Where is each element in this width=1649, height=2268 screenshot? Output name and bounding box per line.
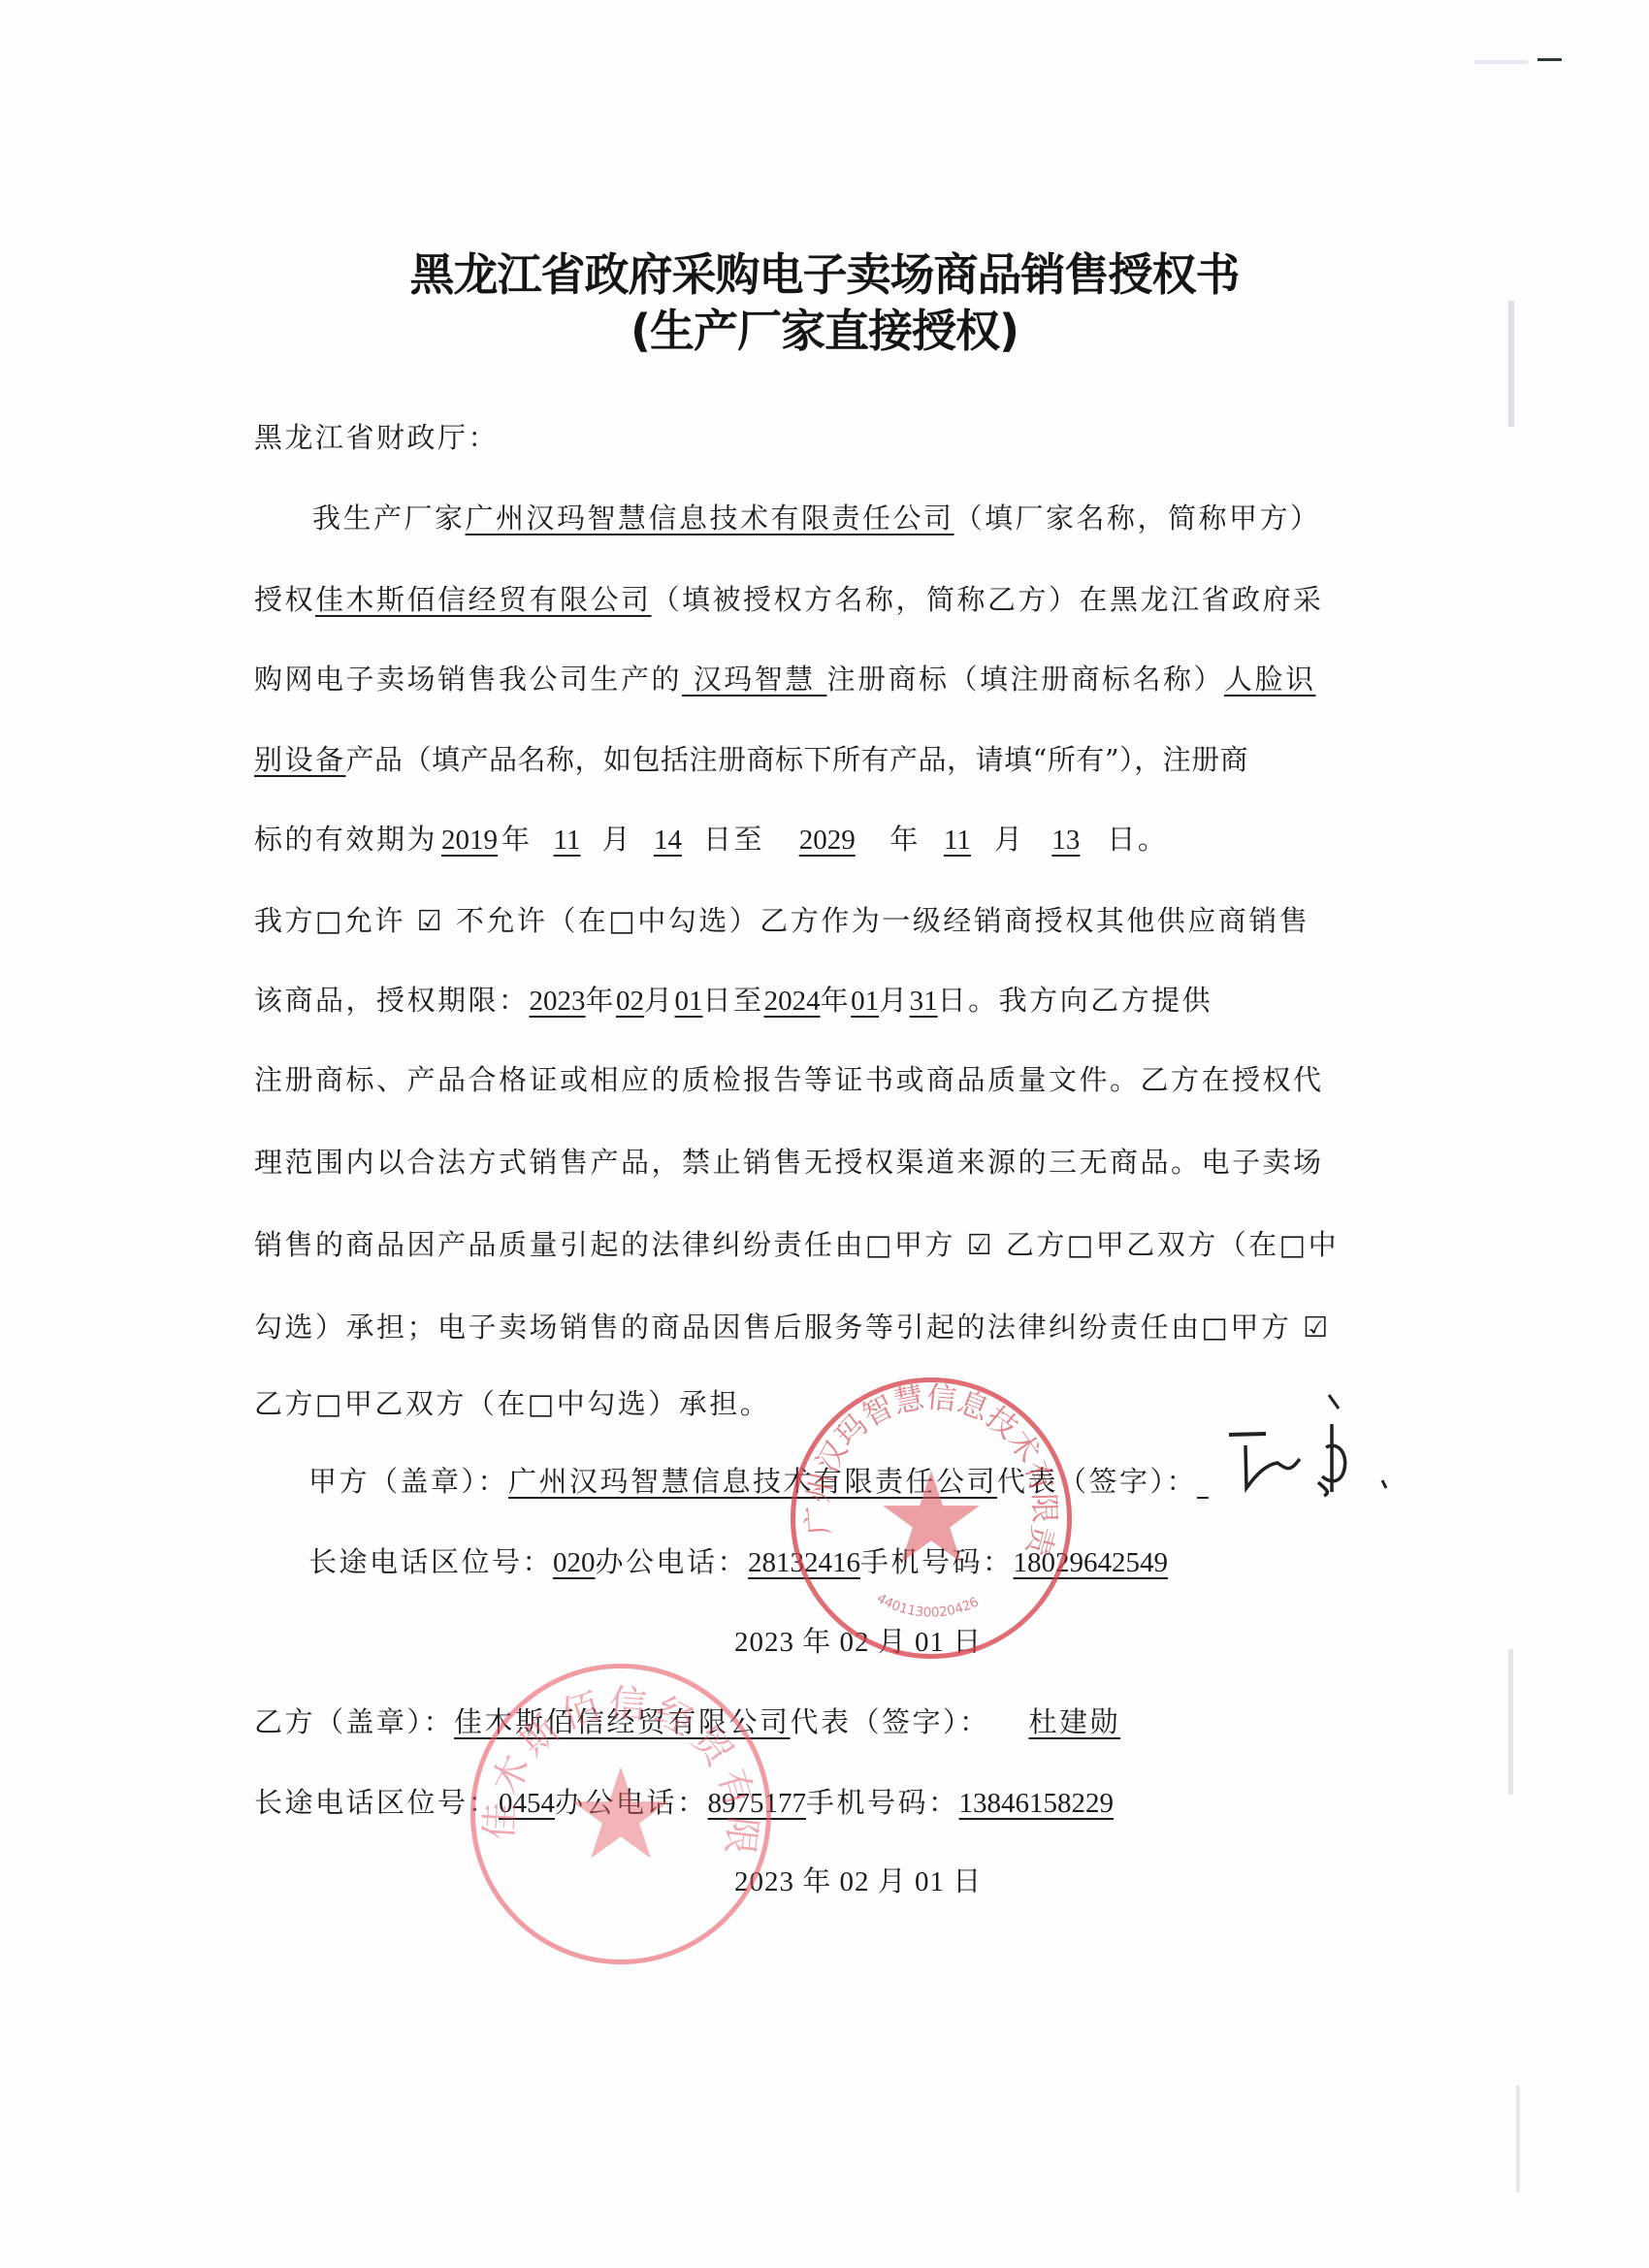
auth-end-year: 2024 <box>764 986 821 1017</box>
trademark-end-day: 13 <box>1024 825 1107 856</box>
body-line-10: 销售的商品因产品质量引起的法律纠纷责任由□甲方 ☑ 乙方□甲乙双方（在□中 <box>254 1225 1321 1264</box>
authorized-party-name: 佳木斯佰信经贸有限公司 <box>315 583 652 616</box>
party-a-label: 甲方（盖章）： <box>308 1465 508 1498</box>
party-a-office-phone: 28132416 <box>748 1547 860 1578</box>
text: 产品（填产品名称，如包括注册商标下所有产品，请填“所有”），注册商 <box>346 743 1249 776</box>
party-b-date: 2023 年 02 月 01 日 <box>734 1863 1025 1901</box>
text: 购网电子卖场销售我公司生产的 <box>254 663 682 696</box>
product-name-part1: 人脸识 <box>1224 663 1316 696</box>
body-line-6: 我方□允许 ☑ 不允许（在□中勾选）乙方作为一级经销商授权其他供应商销售 <box>254 901 1321 940</box>
body-line-12: 乙方□甲乙双方（在□中勾选）承担。 <box>254 1384 1321 1423</box>
auth-end-day: 31 <box>910 986 938 1017</box>
svg-text:4401130020426: 4401130020426 <box>874 1591 981 1621</box>
body-line-11: 勾选）承担；电子卖场销售的商品因售后服务等引起的法律纠纷责任由□甲方 ☑ <box>254 1308 1321 1346</box>
party-b-label: 乙方（盖章）： <box>254 1705 454 1738</box>
auth-start-day: 01 <box>675 986 703 1017</box>
mobile-label: 手机号码： <box>860 1545 1014 1578</box>
addressee: 黑龙江省财政厅： <box>254 418 1321 457</box>
party-a-handwritten-signature <box>1188 1387 1392 1508</box>
party-a-mobile: 18029642549 <box>1014 1547 1169 1578</box>
trademark-start-month: 11 <box>533 825 602 856</box>
party-b-contact-line: 长途电话区位号：0454办公电话：8975177手机号码：13846158229 <box>254 1783 1321 1823</box>
body-line-2: 授权佳木斯佰信经贸有限公司（填被授权方名称，简称乙方）在黑龙江省政府采 <box>254 580 1321 619</box>
party-a-date: 2023 年 02 月 01 日 <box>734 1623 1025 1662</box>
body-line-9: 理范围内以合法方式销售产品，禁止销售无授权渠道来源的三无商品。电子卖场 <box>254 1143 1321 1182</box>
auth-start-year: 2023 <box>530 986 586 1017</box>
trademark-end-month: 11 <box>921 825 994 856</box>
manufacturer-name: 广州汉玛智慧信息技术有限责任公司 <box>466 502 954 535</box>
product-name-part2: 别设备 <box>254 743 346 776</box>
text: 注册商标（填注册商标名称） <box>826 663 1224 696</box>
party-b-area-code: 0454 <box>499 1788 555 1819</box>
area-code-label: 长途电话区位号： <box>254 1786 499 1819</box>
party-b-rep-name: 杜建勋 <box>990 1705 1147 1738</box>
auth-end-month: 01 <box>851 986 879 1017</box>
party-b-rep-label: 代表（签字）： <box>791 1705 990 1738</box>
office-phone-label: 办公电话： <box>555 1786 708 1819</box>
text: （填被授权方名称，简称乙方）在黑龙江省政府采 <box>652 583 1324 616</box>
text: 我生产厂家 <box>312 502 466 535</box>
text: 标的有效期为 <box>254 823 437 856</box>
scan-mark <box>1537 58 1562 61</box>
svg-text:佳木斯佰信经贸有限公司: 佳木斯佰信经贸有限公司 <box>475 1669 764 1863</box>
document-title: 黑龙江省政府采购电子卖场商品销售授权书 <box>0 240 1649 304</box>
text: 授权 <box>254 583 315 616</box>
party-b-mobile: 13846158229 <box>959 1788 1115 1819</box>
trademark-name: 汉玛智慧 <box>682 663 826 696</box>
mobile-label: 手机号码： <box>806 1786 959 1819</box>
party-b-office-phone: 8975177 <box>708 1788 807 1819</box>
body-line-4: 别设备产品（填产品名称，如包括注册商标下所有产品，请填“所有”），注册商 <box>254 740 1321 779</box>
party-a-contact-line: 长途电话区位号：020办公电话：28132416手机号码：18029642549 <box>308 1542 1375 1582</box>
body-line-7: 该商品，授权期限：2023年02月01日至2024年01月31日。我方向乙方提供 <box>254 981 1321 1021</box>
party-a-name: 广州汉玛智慧信息技术有限责任公司 <box>508 1465 997 1498</box>
text: （填厂家名称，简称甲方） <box>954 502 1321 535</box>
auth-start-month: 02 <box>616 986 644 1017</box>
body-line-1: 我生产厂家广州汉玛智慧信息技术有限责任公司（填厂家名称，简称甲方） <box>312 499 1379 537</box>
scan-mark <box>1474 60 1528 64</box>
text: 日。我方向乙方提供 <box>938 984 1213 1017</box>
party-a-area-code: 020 <box>553 1547 596 1578</box>
office-phone-label: 办公电话： <box>596 1545 749 1578</box>
trademark-start-year: 2019 <box>437 825 501 856</box>
body-line-8: 注册商标、产品合格证或相应的质检报告等证书或商品质量文件。乙方在授权代 <box>254 1060 1321 1099</box>
party-b-name: 佳木斯佰信经贸有限公司 <box>454 1705 791 1738</box>
text: 该商品，授权期限： <box>254 984 530 1017</box>
party-b-signature-line: 乙方（盖章）：佳木斯佰信经贸有限公司代表（签字）：杜建勋 <box>254 1702 1321 1741</box>
scan-edge-shadow <box>1508 1649 1513 1795</box>
party-a-rep-label: 代表（签字）： <box>997 1465 1197 1498</box>
body-line-5: 标的有效期为2019年11月14日至 2029 年11月13日。 <box>254 820 1321 859</box>
scan-edge-shadow <box>1516 2086 1520 2192</box>
trademark-start-day: 14 <box>632 825 703 856</box>
document-subtitle: (生产厂家直接授权) <box>0 296 1649 360</box>
trademark-end-year: 2029 <box>776 825 879 856</box>
body-line-3: 购网电子卖场销售我公司生产的 汉玛智慧 注册商标（填注册商标名称）人脸识 <box>254 660 1321 698</box>
scan-edge-shadow <box>1508 301 1514 427</box>
area-code-label: 长途电话区位号： <box>308 1545 553 1578</box>
